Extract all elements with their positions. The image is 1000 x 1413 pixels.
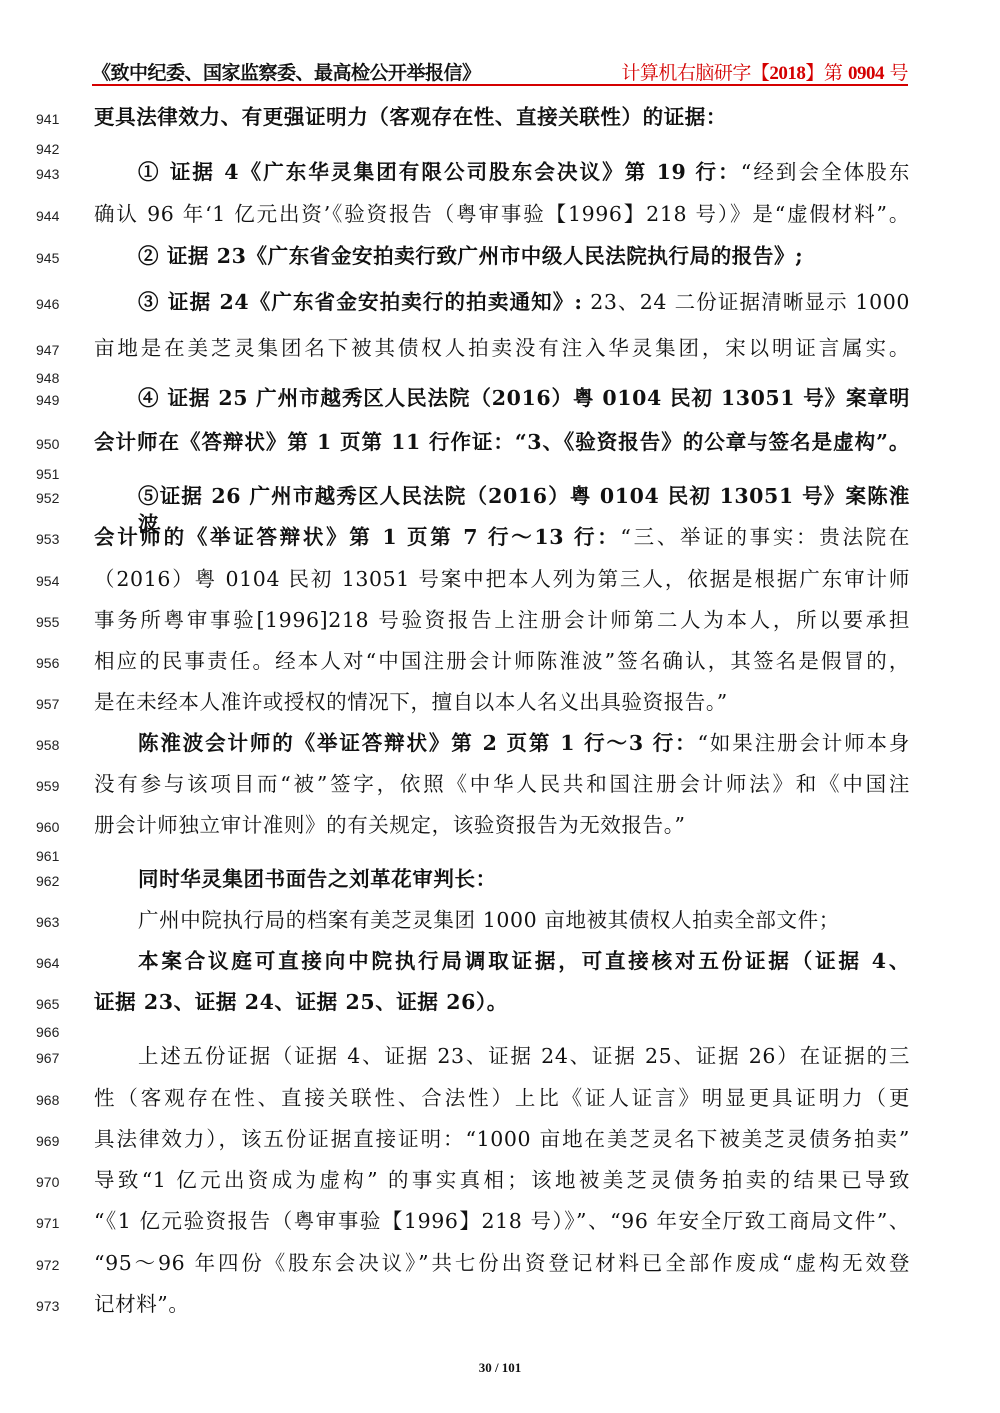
document-line: 958陈淮波会计师的《举证答辩状》第 2 页第 1 行～3 行：“如果注册会计师… <box>0 729 1000 759</box>
header-title: 《致中纪委、国家监察委、最高检公开举报信》 <box>92 58 481 85</box>
line-number: 962 <box>36 873 66 889</box>
text-run: “三、举证的事实：贵法院在 <box>620 525 910 549</box>
line-text: 会计师的《举证答辩状》第 1 页第 7 行～13 行：“三、举证的事实：贵法院在 <box>94 523 910 551</box>
line-number: 945 <box>36 250 66 266</box>
line-number: 959 <box>36 778 66 794</box>
document-line: 946③ 证据 24《广东省金安拍卖行的拍卖通知》: 23、24 二份证据清晰显… <box>0 288 1000 318</box>
line-text: 同时华灵集团书面告之刘革花审判长： <box>138 865 910 893</box>
text-run: 导致“1 亿元出资成为虚构” 的事实真相；该地被美芝灵债务拍卖的结果已导致 <box>94 1168 910 1192</box>
document-line: 970导致“1 亿元出资成为虚构” 的事实真相；该地被美芝灵债务拍卖的结果已导致 <box>0 1166 1000 1196</box>
document-line: 941更具法律效力、有更强证明力（客观存在性、直接关联性）的证据： <box>0 103 1000 133</box>
document-line: 952⑤证据 26 广州市越秀区人民法院（2016）粤 0104 民初 1305… <box>0 482 1000 512</box>
line-number: 951 <box>36 466 66 482</box>
line-number: 950 <box>36 436 66 452</box>
bold-citation: 陈淮波会计师的《举证答辩状》第 2 页第 1 行～3 行： <box>138 731 698 755</box>
text-run: 亩地是在美芝灵集团名下被其债权人拍卖没有注入华灵集团，宋以明证言属实。 <box>94 336 910 360</box>
text-run: 事务所粤审事验[1996]218 号验资报告上注册会计师第二人为本人，所以要承担 <box>94 608 910 632</box>
text-run: 性（客观存在性、直接关联性、合法性）上比《证人证言》明显更具证明力（更 <box>94 1086 910 1110</box>
line-number: 947 <box>36 342 66 358</box>
text-run: 上述五份证据（证据 4、证据 23、证据 24、证据 25、证据 26）在证据的… <box>138 1044 910 1068</box>
document-line: 965证据 23、证据 24、证据 25、证据 26）。 <box>0 988 1000 1018</box>
document-line: 969具法律效力），该五份证据直接证明：“1000 亩地在美芝灵名下被美芝灵债务… <box>0 1125 1000 1155</box>
line-text: 陈淮波会计师的《举证答辩状》第 2 页第 1 行～3 行：“如果注册会计师本身 <box>138 729 910 757</box>
line-text: 是在未经本人准许或授权的情况下，擅自以本人名义出具验资报告。” <box>94 688 910 716</box>
text-run: 同时华灵集团书面告之刘革花审判长： <box>138 867 497 891</box>
bold-citation: ③ 证据 24《广东省金安拍卖行的拍卖通知》: <box>138 290 583 314</box>
text-run: “95～96 年四份《股东会决议》”共七份出资登记材料已全部作废成“虚构无效登 <box>94 1251 910 1275</box>
line-number: 965 <box>36 996 66 1012</box>
document-line: 973记材料”。 <box>0 1290 1000 1320</box>
page-header: 《致中纪委、国家监察委、最高检公开举报信》 计算机右脑研字【2018】第 090… <box>92 58 908 86</box>
line-text: 更具法律效力、有更强证明力（客观存在性、直接关联性）的证据： <box>94 103 910 131</box>
text-run: （2016）粤 0104 民初 13051 号案中把本人列为第三人，依据是根据广… <box>94 567 910 591</box>
document-line: 949④ 证据 25 广州市越秀区人民法院（2016）粤 0104 民初 130… <box>0 384 1000 414</box>
line-number: 970 <box>36 1174 66 1190</box>
document-line: 953会计师的《举证答辩状》第 1 页第 7 行～13 行：“三、举证的事实：贵… <box>0 523 1000 553</box>
document-line: 945② 证据 23《广东省金安拍卖行致广州市中级人民法院执行局的报告》; <box>0 242 1000 272</box>
document-line: 947亩地是在美芝灵集团名下被其债权人拍卖没有注入华灵集团，宋以明证言属实。 <box>0 334 1000 364</box>
line-text: 本案合议庭可直接向中院执行局调取证据，可直接核对五份证据（证据 4、 <box>138 947 910 975</box>
line-number: 961 <box>36 848 66 864</box>
text-run: “《1 亿元验资报告（粤审事验【1996】218 号）》”、“96 年安全厅致工… <box>94 1209 910 1233</box>
line-text: 相应的民事责任。经本人对“中国注册会计师陈淮波”签名确认，其签名是假冒的， <box>94 647 910 675</box>
text-run: 相应的民事责任。经本人对“中国注册会计师陈淮波”签名确认，其签名是假冒的， <box>94 649 910 673</box>
bold-citation: 会计师的《举证答辩状》第 1 页第 7 行～13 行： <box>94 525 620 549</box>
document-line: 971“《1 亿元验资报告（粤审事验【1996】218 号）》”、“96 年安全… <box>0 1207 1000 1237</box>
line-number: 958 <box>36 737 66 753</box>
line-number: 964 <box>36 955 66 971</box>
document-line: 950会计师在《答辩状》第 1 页第 11 行作证：“3、《验资报告》的公章与签… <box>0 428 1000 458</box>
line-text: 亩地是在美芝灵集团名下被其债权人拍卖没有注入华灵集团，宋以明证言属实。 <box>94 334 910 362</box>
document-line: 944确认 96 年‘1 亿元出资’《验资报告（粤审事验【1996】218 号）… <box>0 200 1000 230</box>
document-line: 960册会计师独立审计准则》的有关规定，该验资报告为无效报告。” <box>0 811 1000 841</box>
line-text: ① 证据 4《广东华灵集团有限公司股东会决议》第 19 行：“经到会全体股东 <box>138 158 910 186</box>
document-line: 943① 证据 4《广东华灵集团有限公司股东会决议》第 19 行：“经到会全体股… <box>0 158 1000 188</box>
line-text: 事务所粤审事验[1996]218 号验资报告上注册会计师第二人为本人，所以要承担 <box>94 606 910 634</box>
document-line: 972“95～96 年四份《股东会决议》”共七份出资登记材料已全部作废成“虚构无… <box>0 1249 1000 1279</box>
line-number: 953 <box>36 531 66 547</box>
line-text: “95～96 年四份《股东会决议》”共七份出资登记材料已全部作废成“虚构无效登 <box>94 1249 910 1277</box>
line-text: 证据 23、证据 24、证据 25、证据 26）。 <box>94 988 910 1016</box>
line-text: 具法律效力），该五份证据直接证明：“1000 亩地在美芝灵名下被美芝灵债务拍卖” <box>94 1125 910 1153</box>
text-run: 没有参与该项目而“被”签字，依照《中华人民共和国注册会计师法》和《中国注 <box>94 772 910 796</box>
page-number: 30 / 101 <box>0 1360 1000 1376</box>
line-number: 969 <box>36 1133 66 1149</box>
text-run: 确认 96 年‘1 亿元出资’《验资报告（粤审事验【1996】218 号）》是“… <box>94 202 910 226</box>
line-number: 949 <box>36 392 66 408</box>
line-text: ② 证据 23《广东省金安拍卖行致广州市中级人民法院执行局的报告》; <box>138 242 910 270</box>
line-number: 960 <box>36 819 66 835</box>
line-text: 册会计师独立审计准则》的有关规定，该验资报告为无效报告。” <box>94 811 910 839</box>
line-text: 广州中院执行局的档案有美芝灵集团 1000 亩地被其债权人拍卖全部文件； <box>138 906 910 934</box>
document-line: 957是在未经本人准许或授权的情况下，擅自以本人名义出具验资报告。” <box>0 688 1000 718</box>
line-text: ③ 证据 24《广东省金安拍卖行的拍卖通知》: 23、24 二份证据清晰显示 1… <box>138 288 910 316</box>
text-run: 更具法律效力、有更强证明力（客观存在性、直接关联性）的证据： <box>94 105 727 129</box>
line-text: “《1 亿元验资报告（粤审事验【1996】218 号）》”、“96 年安全厅致工… <box>94 1207 910 1235</box>
line-number: 941 <box>36 111 66 127</box>
line-number: 957 <box>36 696 66 712</box>
line-text: 确认 96 年‘1 亿元出资’《验资报告（粤审事验【1996】218 号）》是“… <box>94 200 910 228</box>
document-line: 956相应的民事责任。经本人对“中国注册会计师陈淮波”签名确认，其签名是假冒的， <box>0 647 1000 677</box>
line-number: 952 <box>36 490 66 506</box>
document-line: 955事务所粤审事验[1996]218 号验资报告上注册会计师第二人为本人，所以… <box>0 606 1000 636</box>
line-text: 导致“1 亿元出资成为虚构” 的事实真相；该地被美芝灵债务拍卖的结果已导致 <box>94 1166 910 1194</box>
line-number: 942 <box>36 141 66 157</box>
line-number: 943 <box>36 166 66 182</box>
text-run: 证据 23、证据 24、证据 25、证据 26）。 <box>94 990 508 1014</box>
line-text: ④ 证据 25 广州市越秀区人民法院（2016）粤 0104 民初 13051 … <box>138 384 910 412</box>
text-run: 23、24 二份证据清晰显示 1000 <box>583 290 910 314</box>
text-run: ② 证据 23《广东省金安拍卖行致广州市中级人民法院执行局的报告》; <box>138 244 803 268</box>
text-run: 广州中院执行局的档案有美芝灵集团 1000 亩地被其债权人拍卖全部文件； <box>138 908 840 932</box>
line-text: 会计师在《答辩状》第 1 页第 11 行作证：“3、《验资报告》的公章与签名是虚… <box>94 428 910 456</box>
line-number: 968 <box>36 1092 66 1108</box>
line-text: （2016）粤 0104 民初 13051 号案中把本人列为第三人，依据是根据广… <box>94 565 910 593</box>
line-number: 971 <box>36 1215 66 1231</box>
line-number: 963 <box>36 914 66 930</box>
text-run: 具法律效力），该五份证据直接证明：“1000 亩地在美芝灵名下被美芝灵债务拍卖” <box>94 1127 910 1151</box>
line-number: 973 <box>36 1298 66 1314</box>
text-run: “如果注册会计师本身 <box>698 731 910 755</box>
line-number: 956 <box>36 655 66 671</box>
text-run: 会计师在《答辩状》第 1 页第 11 行作证：“3、《验资报告》的公章与签名是虚… <box>94 430 910 454</box>
text-run: 记材料”。 <box>94 1292 189 1316</box>
header-reference: 计算机右脑研字【2018】第 0904 号 <box>621 58 908 85</box>
line-text: 上述五份证据（证据 4、证据 23、证据 24、证据 25、证据 26）在证据的… <box>138 1042 910 1070</box>
line-number: 972 <box>36 1257 66 1273</box>
line-number: 946 <box>36 296 66 312</box>
line-number: 954 <box>36 573 66 589</box>
document-line: 963广州中院执行局的档案有美芝灵集团 1000 亩地被其债权人拍卖全部文件； <box>0 906 1000 936</box>
text-run: ④ 证据 25 广州市越秀区人民法院（2016）粤 0104 民初 13051 … <box>138 386 910 410</box>
document-line: 964本案合议庭可直接向中院执行局调取证据，可直接核对五份证据（证据 4、 <box>0 947 1000 977</box>
document-line: 954（2016）粤 0104 民初 13051 号案中把本人列为第三人，依据是… <box>0 565 1000 595</box>
line-text: 性（客观存在性、直接关联性、合法性）上比《证人证言》明显更具证明力（更 <box>94 1084 910 1112</box>
line-text: 记材料”。 <box>94 1290 910 1318</box>
line-number: 967 <box>36 1050 66 1066</box>
text-run: 本案合议庭可直接向中院执行局调取证据，可直接核对五份证据（证据 4、 <box>138 949 910 973</box>
line-number: 955 <box>36 614 66 630</box>
document-line: 962同时华灵集团书面告之刘革花审判长： <box>0 865 1000 895</box>
text-run: 是在未经本人准许或授权的情况下，擅自以本人名义出具验资报告。” <box>94 690 728 714</box>
bold-citation: ① 证据 4《广东华灵集团有限公司股东会决议》第 19 行： <box>138 160 741 184</box>
document-line: 959没有参与该项目而“被”签字，依照《中华人民共和国注册会计师法》和《中国注 <box>0 770 1000 800</box>
document-line: 968性（客观存在性、直接关联性、合法性）上比《证人证言》明显更具证明力（更 <box>0 1084 1000 1114</box>
line-text: 没有参与该项目而“被”签字，依照《中华人民共和国注册会计师法》和《中国注 <box>94 770 910 798</box>
text-run: “经到会全体股东 <box>741 160 910 184</box>
document-line: 967上述五份证据（证据 4、证据 23、证据 24、证据 25、证据 26）在… <box>0 1042 1000 1072</box>
line-number: 966 <box>36 1024 66 1040</box>
line-number: 944 <box>36 208 66 224</box>
text-run: 册会计师独立审计准则》的有关规定，该验资报告为无效报告。” <box>94 813 686 837</box>
